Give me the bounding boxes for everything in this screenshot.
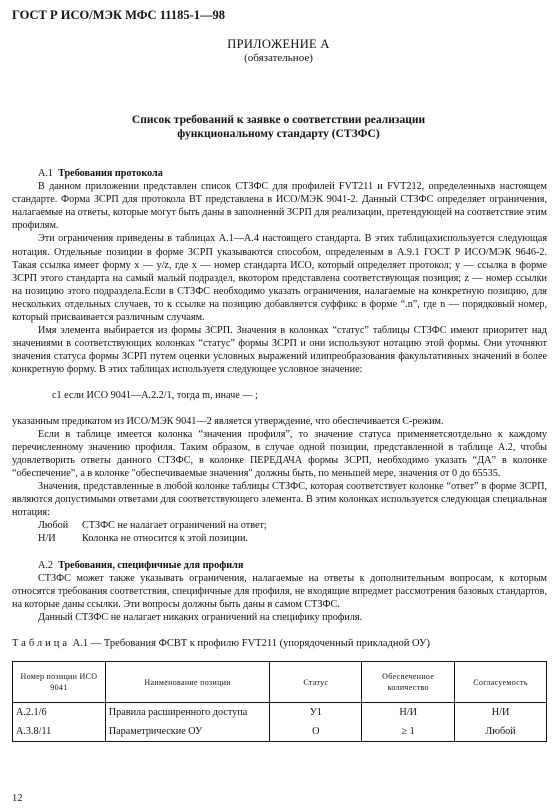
cell-item-name: Параметрические ОУ [105,722,270,742]
table-caption: Таблица А.1 — Требования ФСВТ к профилю … [12,638,430,649]
notation-term: Н/И [38,532,82,545]
table-row: А.2.1/6 Правила расширенного доступа У1 … [13,703,547,723]
cell-quantity: ≥ 1 [362,722,455,742]
paragraph: Данный СТЗФС не налагает никаких огранич… [12,611,547,624]
section-heading: Требования, специфичные для профиля [58,560,243,571]
cell-status: О [270,722,362,742]
section-heading: Требования протокола [58,168,163,179]
section-number: А.1 [38,168,53,179]
table-header-row: Номер позиции ИСО 9041 Наименование пози… [13,662,547,703]
page-number: 12 [12,793,23,804]
section-a1: А.1 Требования протокола В данном прилож… [12,167,547,624]
requirements-table: Номер позиции ИСО 9041 Наименование пози… [12,661,547,742]
notation-item: Н/И Колонка не относится к этой позиции. [12,532,547,545]
table-caption-number: А.1 [73,638,88,649]
appendix-title: ПРИЛОЖЕНИЕ А [0,37,557,52]
cell-negotiability: Н/И [455,703,547,723]
document-title-line-1: Список требований к заявке о соответстви… [0,113,557,127]
column-header: Обеспеченное количество [362,662,455,703]
column-header: Наименование позиции [105,662,270,703]
paragraph: Имя элемента выбирается из формы ЗСРП. З… [12,324,547,376]
running-head: ГОСТ Р ИСО/МЭК МФС 11185-1—98 [12,8,225,23]
column-header: Согласуемость [455,662,547,703]
cell-item-name: Правила расширенного доступа [105,703,270,723]
table-caption-text: — Требования ФСВТ к профилю FVT211 (упор… [91,638,430,649]
paragraph: Эти ограничения приведены в таблицах А.1… [12,232,547,324]
cell-negotiability: Любой [455,722,547,742]
cell-item-number: А.3.8/11 [13,722,106,742]
notation-term: Любой [38,519,82,532]
document-title-line-2: функциональному стандарту (СТЗФС) [0,127,557,141]
cell-item-number: А.2.1/6 [13,703,106,723]
column-header: Статус [270,662,362,703]
section-number: А.2 [38,560,53,571]
document-title: Список требований к заявке о соответстви… [0,113,557,141]
section-a2-heading: А.2 Требования, специфичные для профиля [12,559,547,572]
notation-definition: Колонка не относится к этой позиции. [82,532,248,545]
notation-definition: СТЗФС не налагает ограничений на ответ; [82,519,267,532]
section-a1-heading: А.1 Требования протокола [12,167,547,180]
cell-status: У1 [270,703,362,723]
paragraph: указанным предикатом из ИСО/МЭК 9041—2 я… [12,415,547,428]
paragraph: Если в таблице имеется колонка “значения… [12,428,547,480]
table-caption-prefix: Таблица [12,638,70,649]
paragraph: В данном приложении представлен список С… [12,180,547,232]
appendix-subtitle: (обязательное) [0,52,557,64]
paragraph: СТЗФС может также указывать ограничения,… [12,572,547,611]
notation-item: Любой СТЗФС не налагает ограничений на о… [12,519,547,532]
table-row: А.3.8/11 Параметрические ОУ О ≥ 1 Любой [13,722,547,742]
column-header: Номер позиции ИСО 9041 [13,662,106,703]
condition-formula: с1 если ИСО 9041—А.2.2/1, тогда m, иначе… [12,389,547,402]
paragraph: Значения, представленные в любой колонке… [12,480,547,519]
cell-quantity: Н/И [362,703,455,723]
